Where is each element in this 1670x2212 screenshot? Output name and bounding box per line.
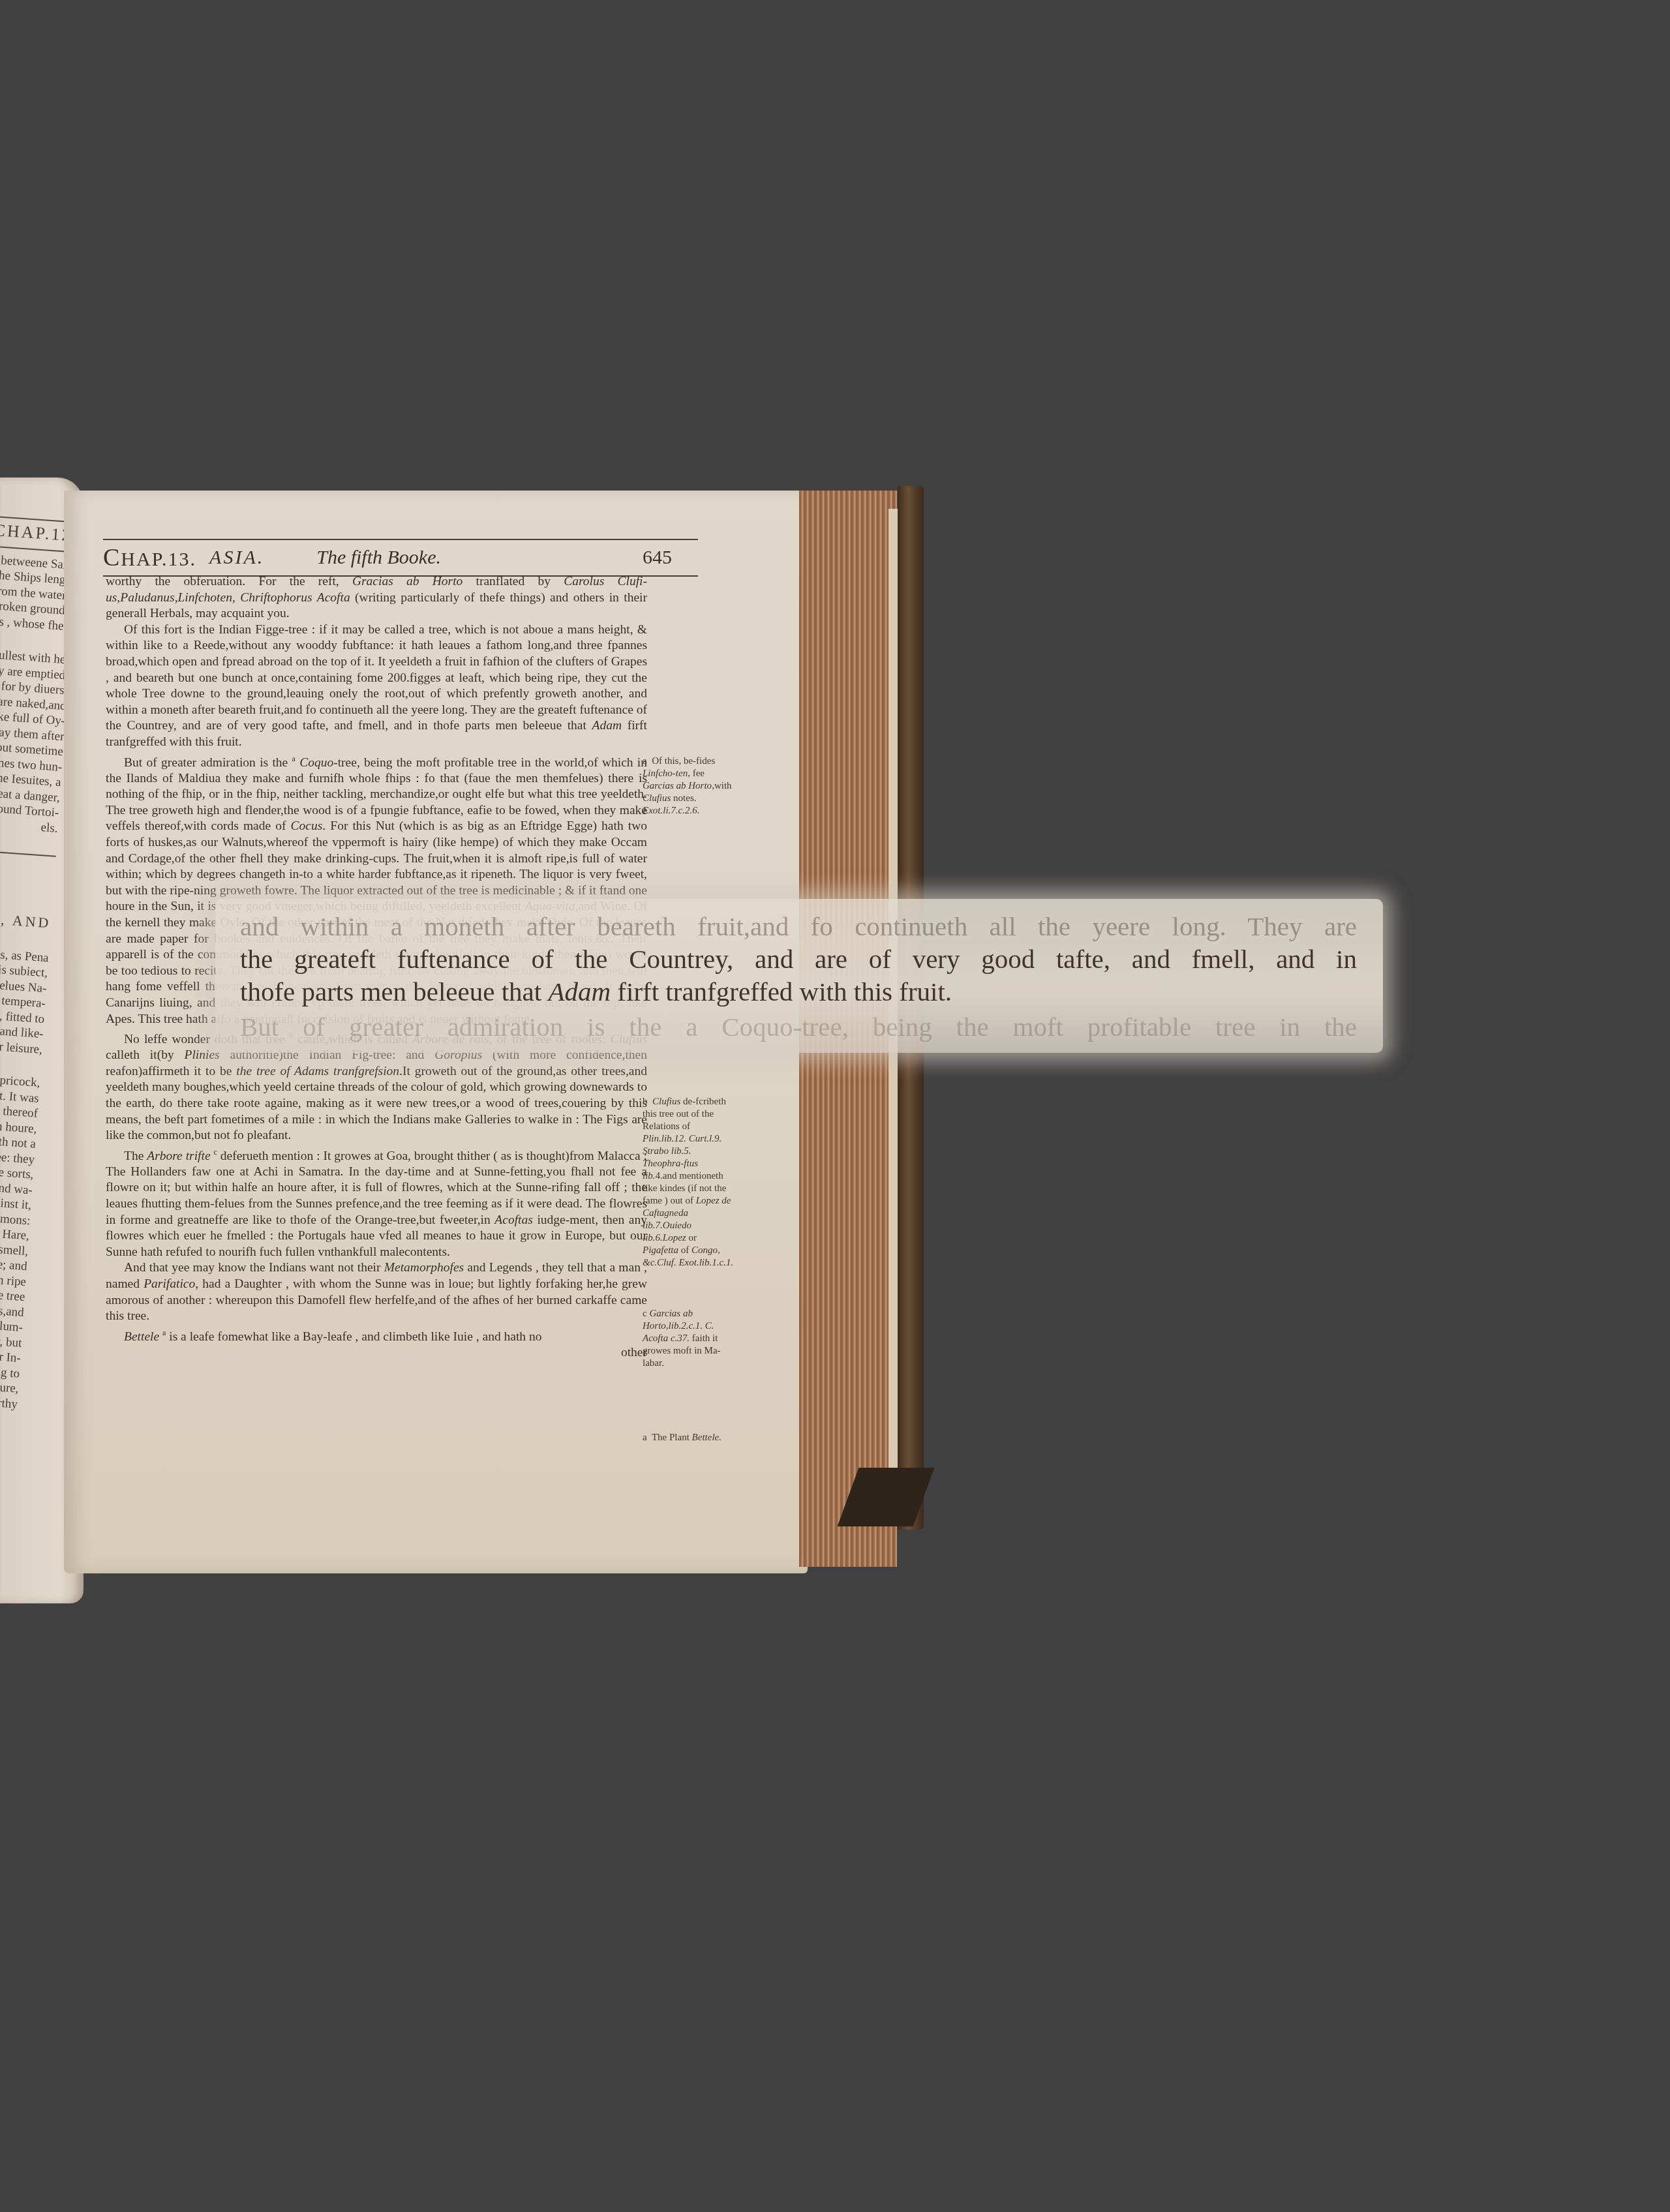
book-title: The fifth Booke. — [316, 547, 441, 569]
paragraph-continuation: worthy the obferuation. For the reft, Gr… — [106, 574, 647, 622]
margin-note-c: c Garcias ab Horto,lib.2.c.1. C. Acofta … — [643, 1308, 734, 1370]
catchword: other — [106, 1345, 647, 1361]
magnified-line-3: But of greater admiration is the a Coquo… — [240, 1011, 1357, 1042]
magnified-text-overlay: and within a moneth after beareth fruit,… — [215, 899, 1383, 1053]
footnote-marker: a — [292, 754, 296, 763]
left-page-section-rule — [0, 842, 56, 857]
left-page-section-heading: S, AND — [0, 902, 52, 931]
paragraph-indian-fig: Of this fort is the Indian Figge-tree : … — [106, 622, 647, 751]
page-number: 645 — [643, 547, 672, 569]
region-label: ASIA. — [209, 547, 264, 569]
magnified-line-0: and within a moneth after beareth fruit,… — [240, 911, 1357, 942]
magnified-line-1: the greateft fuftenance of the Countrey,… — [240, 943, 1357, 975]
paragraph-arbore-triste: The Arbore trifte c deferueth mention : … — [106, 1144, 647, 1261]
margin-note-bettele: a The Plant Bettele. — [643, 1432, 734, 1444]
margin-note-a: a Of this, be-fides Linfcho-ten, fee Gar… — [643, 755, 734, 817]
left-page-lines-bottom: rall Herbals, as Pena orkes of this subi… — [0, 937, 50, 1412]
magnified-line-2: thofe parts men beleeue that Adam firft … — [240, 976, 1357, 1007]
paragraph-legend: And that yee may know the Indians want n… — [106, 1260, 647, 1324]
margin-note-b: b Clufius de-fcribeth this tree out of t… — [643, 1096, 734, 1269]
paragraph-bettele: Bettele a is a leafe fomewhat like a Bay… — [106, 1325, 647, 1361]
running-head: CHAP.13. ASIA. The fifth Booke. 645 — [103, 539, 698, 577]
chapter-label: CHAP.13. — [103, 543, 196, 572]
